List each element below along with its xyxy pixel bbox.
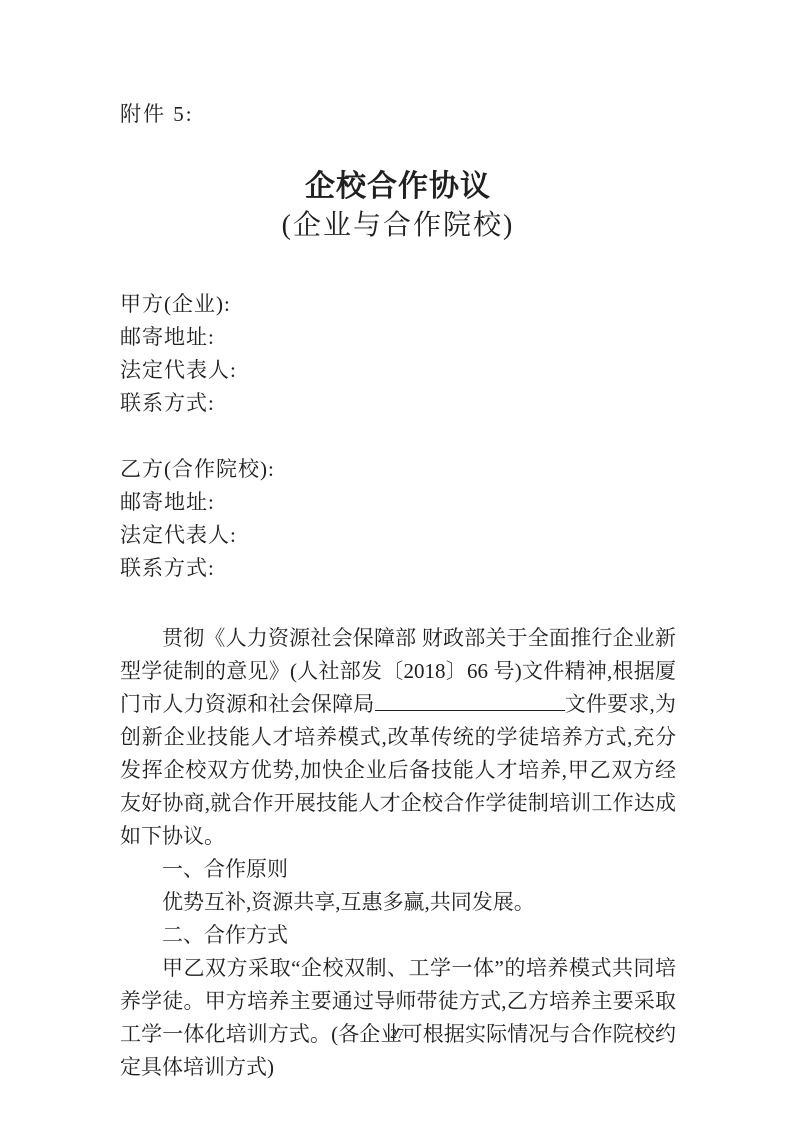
document-subtitle: (企业与合作院校) bbox=[120, 206, 676, 246]
party-b-block: 乙方(合作院校): 邮寄地址: 法定代表人: 联系方式: bbox=[120, 453, 676, 585]
party-a-contact-label: 联系方式: bbox=[120, 387, 676, 420]
page-number: 27 bbox=[0, 1026, 794, 1044]
fill-in-blank-underline bbox=[375, 690, 565, 711]
document-content: 附件 5: 企校合作协议 (企业与合作院校) 甲方(企业): 邮寄地址: 法定代… bbox=[120, 103, 676, 1084]
party-a-address-label: 邮寄地址: bbox=[120, 321, 676, 354]
party-b-contact-label: 联系方式: bbox=[120, 552, 676, 585]
section-2-heading: 二、合作方式 bbox=[120, 919, 676, 952]
document-page: 附件 5: 企校合作协议 (企业与合作院校) 甲方(企业): 邮寄地址: 法定代… bbox=[0, 0, 794, 1123]
party-b-legal-rep-label: 法定代表人: bbox=[120, 519, 676, 552]
agreement-body: 贯彻《人力资源社会保障部 财政部关于全面推行企业新型学徒制的意见》(人社部发〔2… bbox=[120, 622, 676, 1084]
party-a-block: 甲方(企业): 邮寄地址: 法定代表人: 联系方式: bbox=[120, 288, 676, 420]
party-b-name-label: 乙方(合作院校): bbox=[120, 453, 676, 486]
party-b-address-label: 邮寄地址: bbox=[120, 486, 676, 519]
party-a-name-label: 甲方(企业): bbox=[120, 288, 676, 321]
document-title: 企校合作协议 bbox=[120, 168, 676, 206]
party-a-legal-rep-label: 法定代表人: bbox=[120, 354, 676, 387]
intro-paragraph: 贯彻《人力资源社会保障部 财政部关于全面推行企业新型学徒制的意见》(人社部发〔2… bbox=[120, 622, 676, 853]
section-1-heading: 一、合作原则 bbox=[120, 853, 676, 886]
attachment-label: 附件 5: bbox=[120, 103, 676, 125]
section-1-text: 优势互补,资源共享,互惠多赢,共同发展。 bbox=[120, 886, 676, 919]
section-2-text: 甲乙双方采取“企校双制、工学一体”的培养模式共同培养学徒。甲方培养主要通过导师带… bbox=[120, 952, 676, 1084]
